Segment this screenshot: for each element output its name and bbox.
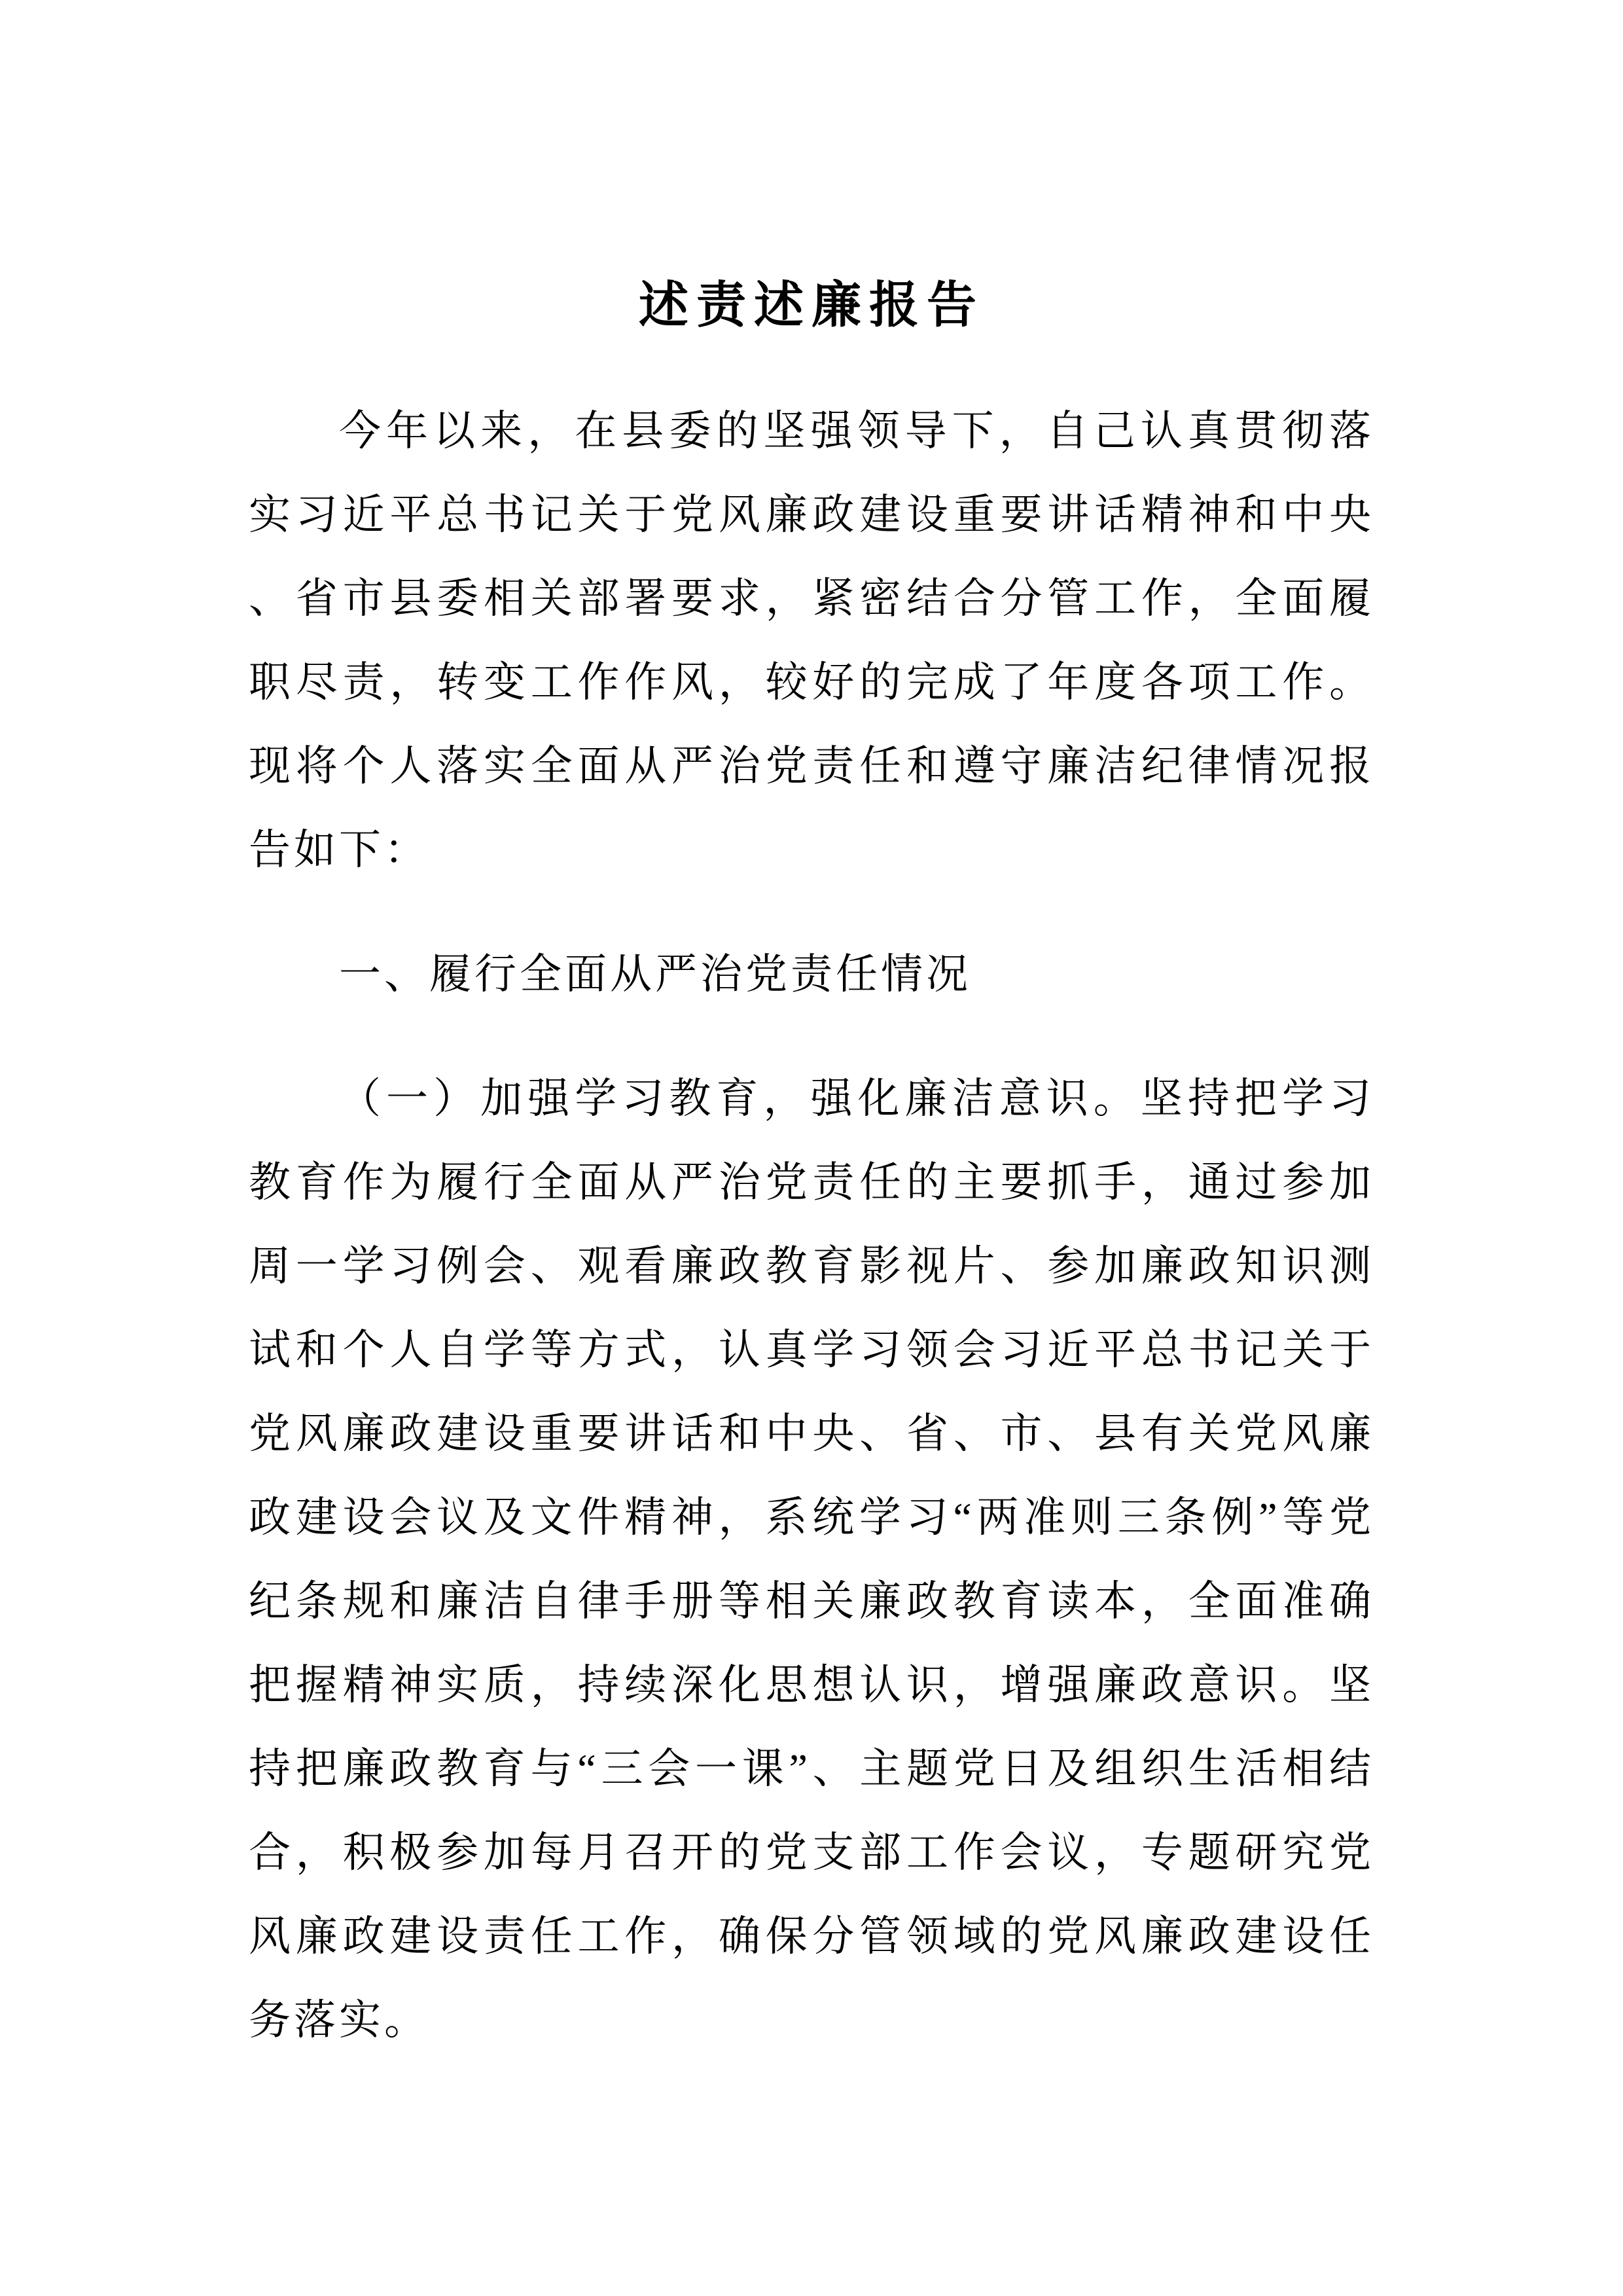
document-page: 述责述廉报告 今年以来，在县委的坚强领导下，自己认真贯彻落实习近平总书记关于党风…: [0, 0, 1623, 2296]
document-title: 述责述廉报告: [249, 257, 1374, 355]
paragraph-intro: 今年以来，在县委的坚强领导下，自己认真贯彻落实习近平总书记关于党风廉政建设重要讲…: [249, 389, 1374, 892]
section-heading-1: 一、履行全面从严治党责任情况: [249, 933, 1374, 1016]
document-content: 述责述廉报告 今年以来，在县委的坚强领导下，自己认真贯彻落实习近平总书记关于党风…: [0, 0, 1623, 2296]
paragraph-section-1-item-1: （一）加强学习教育，强化廉洁意识。坚持把学习教育作为履行全面从严治党责任的主要抓…: [249, 1057, 1374, 2062]
